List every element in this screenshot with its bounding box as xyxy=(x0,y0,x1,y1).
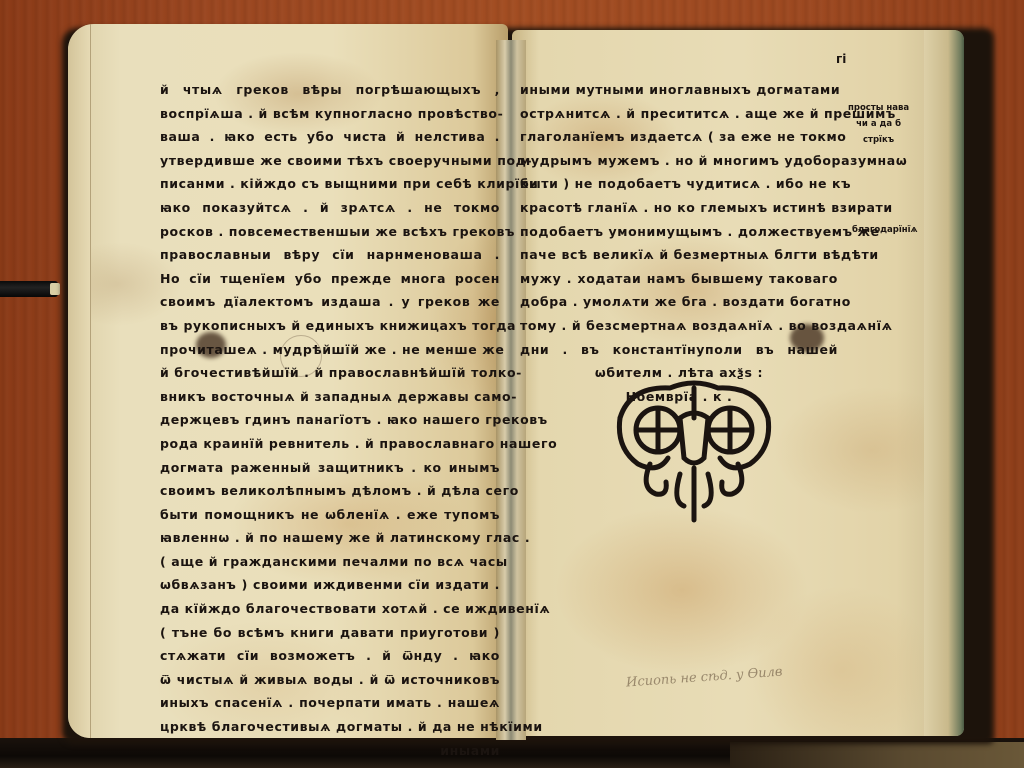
text-line: ꙗвленнѡ . й по нашему же й латинскому гл… xyxy=(160,526,500,550)
right-page-fore-edge xyxy=(924,30,964,736)
text-line: писанми . кійждо съ выщними при себѣ кли… xyxy=(160,172,500,196)
text-line: да кїйждо благочествовати хотѧй . се ижд… xyxy=(160,597,500,621)
text-line: ѡбвѧзанъ ) своими иждивенми сїи издати . xyxy=(160,573,500,597)
catchword: иныами xyxy=(160,739,500,763)
text-line: Но сїи тщенїем убо прежде многа росен xyxy=(160,267,500,291)
text-line: иныхъ спасенїѧ . почерпати имать . нашеѧ xyxy=(160,691,500,715)
text-line: воспрїѧша . й всѣм купногласно провѣство… xyxy=(160,102,500,126)
text-line: быти помощникъ не ѡбленїѧ . еже тупомъ xyxy=(160,503,500,527)
text-line: иными мутными иноглавныхъ догматами xyxy=(520,78,838,102)
text-line: утвердивше же своими тѣхъ своеручными по… xyxy=(160,149,500,173)
text-line: мудрымъ мужемъ . но й многимъ удобоpазум… xyxy=(520,149,838,173)
text-line: й чтыѧ греков вѣры погрѣшающыхъ , xyxy=(160,78,500,102)
text-line: острѧнитсѧ . й пресититсѧ . аще же й пре… xyxy=(520,102,838,126)
pen-tip xyxy=(50,283,60,295)
text-line: стѧжати сїи возможетъ . й ѿнду . ꙗко xyxy=(160,644,500,668)
text-line: красотѣ гланїѧ . но ко глемыхъ истинѣ вз… xyxy=(520,196,838,220)
text-line: ꙗко показуйтсѧ . й зрѧтсѧ . не токмо xyxy=(160,196,500,220)
marginal-line: чи а да б xyxy=(848,116,909,132)
text-line: ( аще й гражданскими печалми по всѧ часы xyxy=(160,550,500,574)
text-line: вникъ восточныѧ й западныѧ державы само- xyxy=(160,385,500,409)
text-line: ѿ чистыѧ й живыѧ воды . й ѿ источниковъ xyxy=(160,668,500,692)
text-line: своимъ великолѣпнымъ дѣломъ . й дѣла сег… xyxy=(160,479,500,503)
marginal-note: благодарїнїѧ xyxy=(852,222,918,238)
folio-number: гі xyxy=(836,52,846,66)
text-line: своимъ дїалектомъ издаша . у греков же xyxy=(160,290,500,314)
right-page-text: иными мутными иноглавныхъ догматами остр… xyxy=(520,78,838,408)
text-line: догмата раженный защитникъ . ко инымъ xyxy=(160,456,500,480)
text-line: подобаетъ умонимущымъ . должествуемъ же xyxy=(520,220,838,244)
text-line: глаголанїемъ издаетсѧ ( за еже не токмо xyxy=(520,125,838,149)
text-line: тому . й безсмертнаѧ воздаѧнїѧ . во возд… xyxy=(520,314,838,338)
text-line: й бгочестивѣйшїй . й православнѣйшїй тол… xyxy=(160,361,500,385)
text-line: быти ) не подобаетъ чудитисѧ . ибо не къ xyxy=(520,172,838,196)
marginal-line: благодарїнїѧ xyxy=(852,222,918,238)
ornament-tailpiece-icon xyxy=(610,378,778,524)
text-line: прочиташеѧ . мудрѣйшїй же . не менше же xyxy=(160,338,500,362)
text-line: держцевъ гдинъ панагїотъ . ꙗко нашего гр… xyxy=(160,408,500,432)
text-line: рода краинїй ревнитель . й православнаго… xyxy=(160,432,500,456)
text-line: црквѣ благочестивыѧ догматы . й да не нѣ… xyxy=(160,715,500,739)
text-line: въ рукописныхъ й единыхъ книжицахъ тогда xyxy=(160,314,500,338)
marginal-line: просты нава xyxy=(848,100,909,116)
marginal-note: просты нава чи а да б стрїкъ xyxy=(848,100,909,148)
text-line: дни . въ константїнуполи въ нашей xyxy=(520,338,838,362)
text-line: паче всѣ великїѧ й безмертныѧ блгти вѣдѣ… xyxy=(520,243,838,267)
text-line: мужу . ходатаи намъ бывшему таковаго xyxy=(520,267,838,291)
text-line: росков . повсемественшыи же всѣхъ греков… xyxy=(160,220,500,244)
text-line: ( тъне бо всѣмъ книги давати приуготови … xyxy=(160,621,500,645)
text-line: добра . умолѧти же бга . воздати богатно xyxy=(520,290,838,314)
floor-right xyxy=(730,742,1024,768)
text-line: ваша . ꙗко есть убо чиста й нелстива . xyxy=(160,125,500,149)
left-page-edge xyxy=(68,24,91,738)
marginal-line: стрїкъ xyxy=(848,132,909,148)
left-page-text: й чтыѧ греков вѣры погрѣшающыхъ , воспрї… xyxy=(160,78,500,762)
text-line: православныи вѣру сїи нарнменоваша . xyxy=(160,243,500,267)
